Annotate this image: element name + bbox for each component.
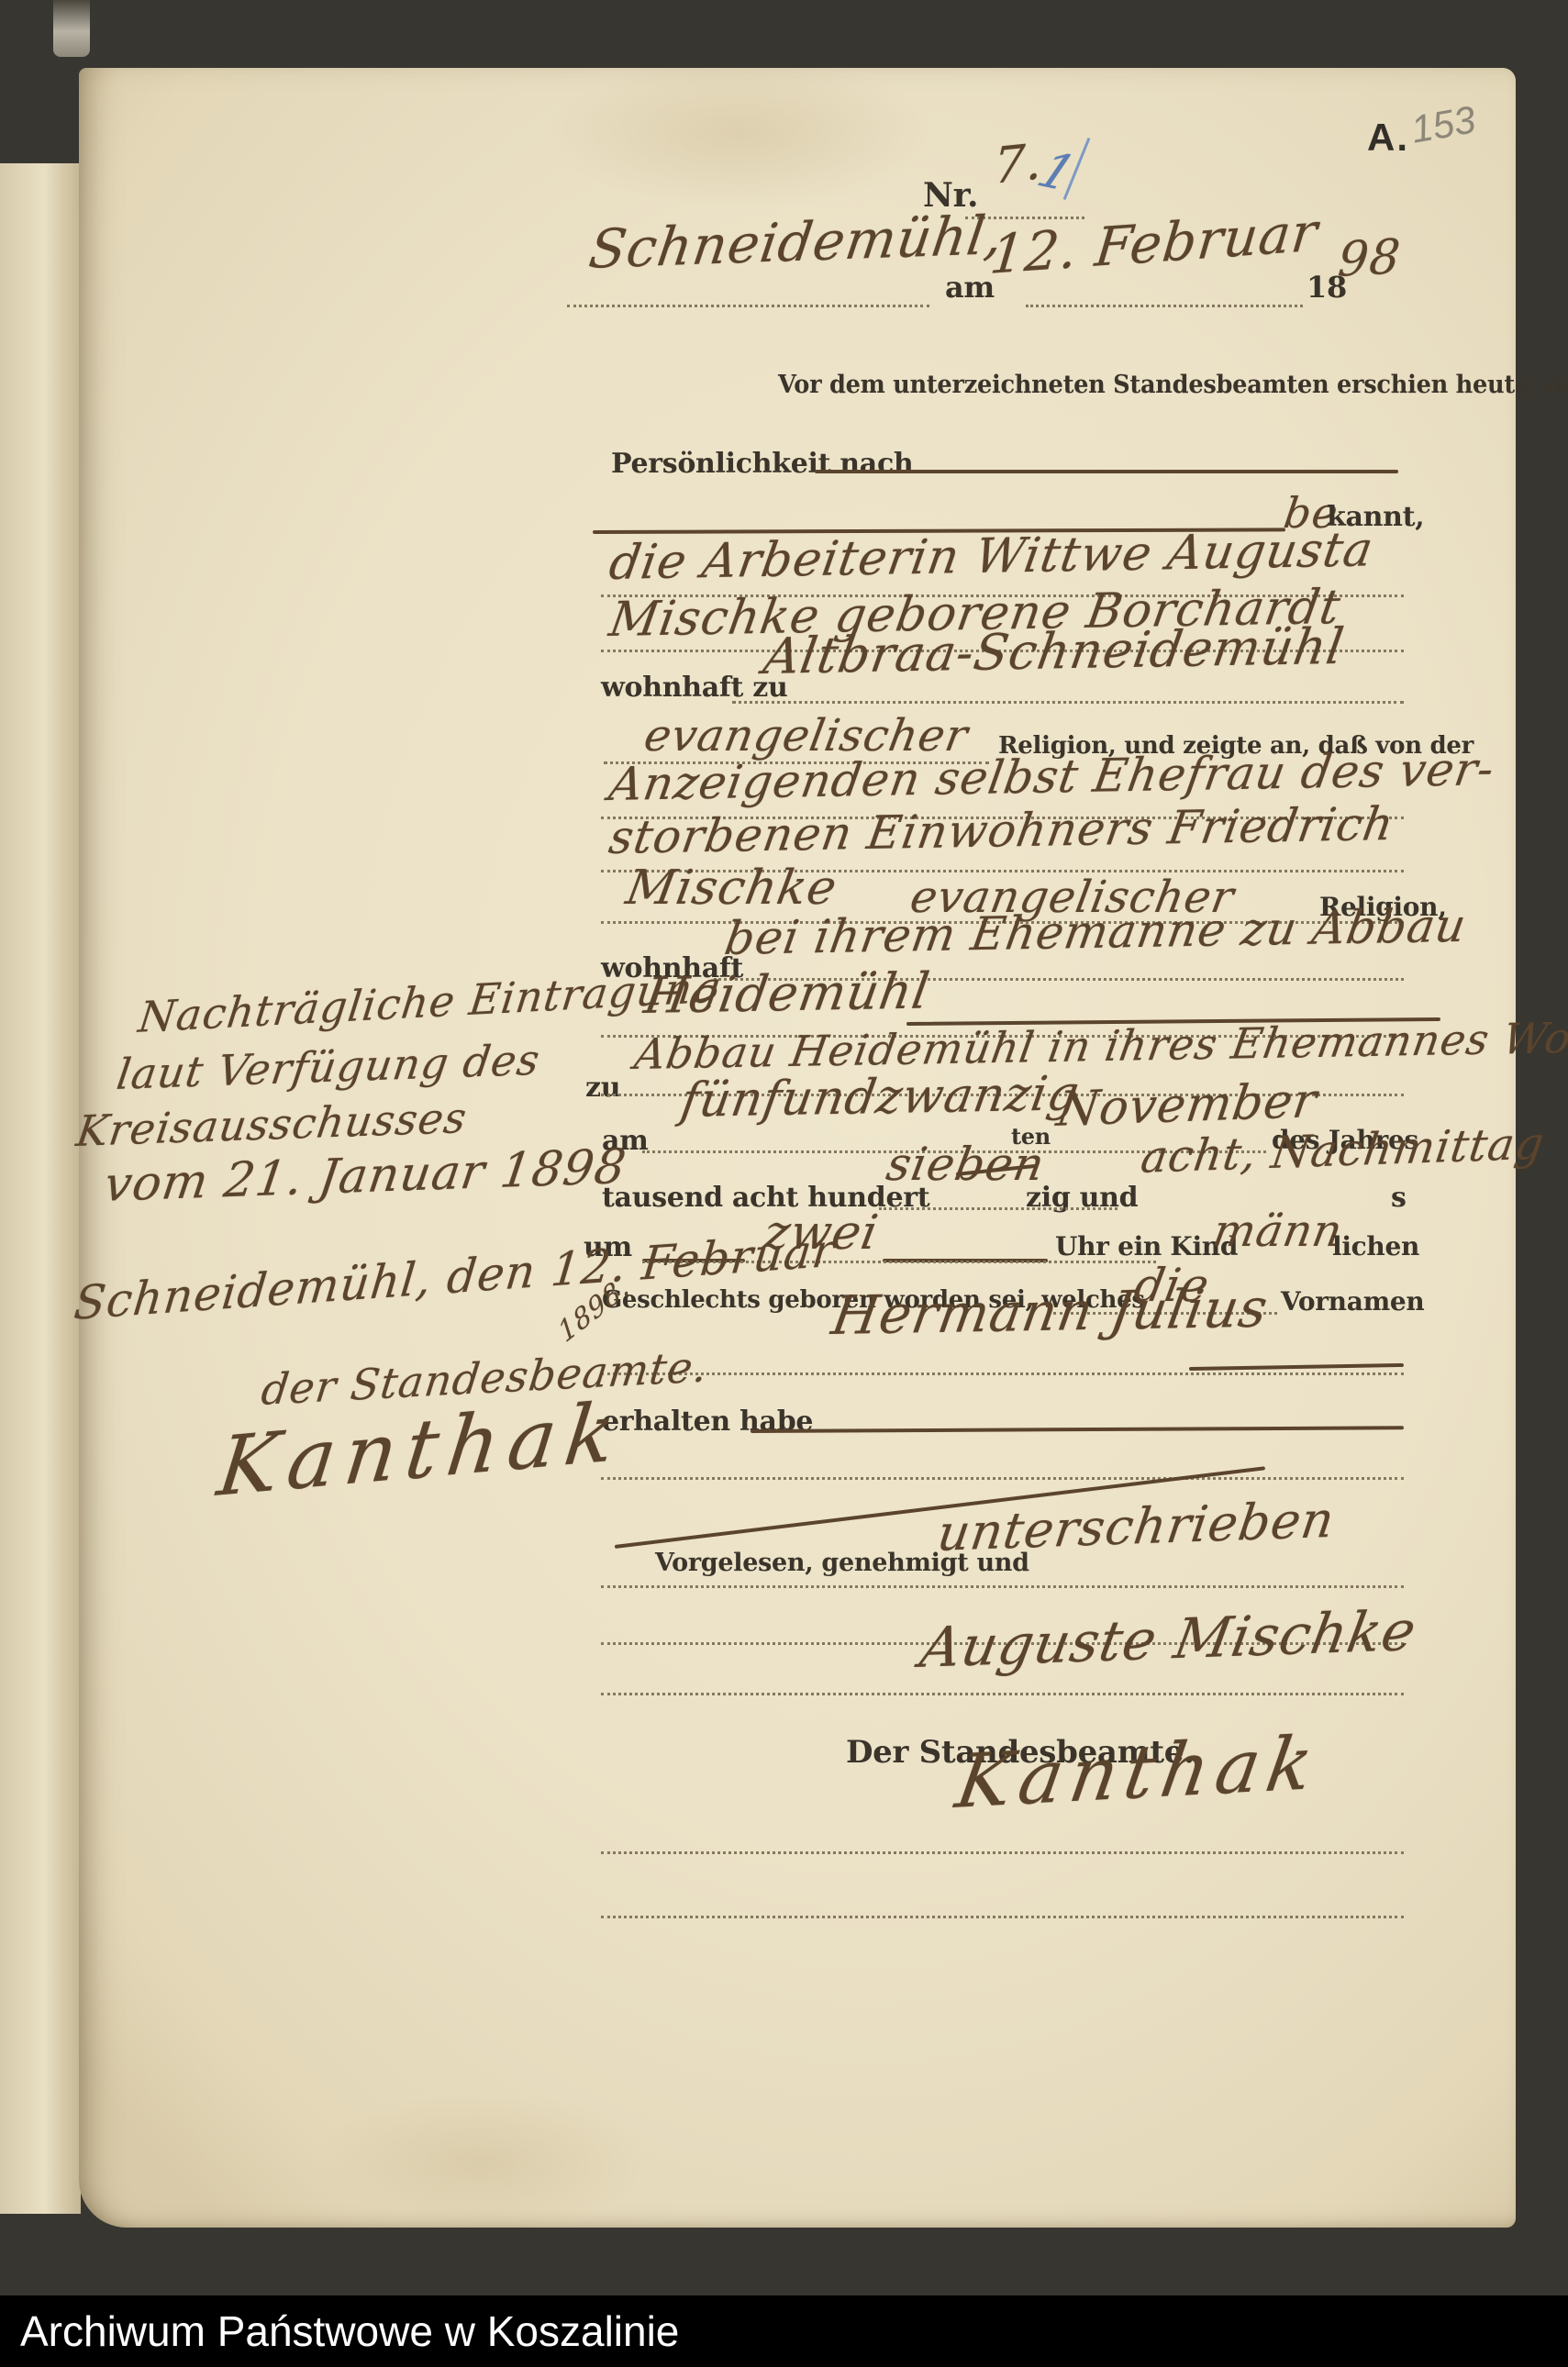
book-gutter-page-edge	[0, 163, 81, 2214]
year-suffix-hand: 98	[1336, 229, 1403, 288]
dotted-rule	[601, 1585, 1404, 1588]
ink-line	[815, 470, 1398, 473]
archive-caption-bar: Archiwum Państwowe w Koszalinie	[0, 2295, 1568, 2367]
am-label: am	[945, 270, 995, 305]
residence-label-printed: wohnhaft zu	[601, 672, 787, 704]
archive-caption-label: Archiwum Państwowe w Koszalinie	[20, 2306, 679, 2356]
dotted-rule	[601, 1372, 1404, 1375]
dotted-rule	[601, 1916, 1404, 1918]
year-tens-hand: sieben	[883, 1138, 1049, 1191]
dotted-rule	[601, 1477, 1404, 1480]
dotted-rule	[601, 1693, 1404, 1695]
lichen-printed: lichen	[1332, 1231, 1419, 1261]
identity-label: Persönlichkeit nach	[611, 448, 913, 480]
dotted-rule	[601, 1851, 1404, 1854]
dotted-rule	[1026, 305, 1303, 307]
dotted-rule	[732, 701, 1404, 704]
archive-stamp-a: A.	[1367, 116, 1409, 160]
scan-canvas: A. 153 Nr. 7. 1 Schneidemühl, am 12. Feb…	[0, 0, 1568, 2367]
vornamen-printed: Vornamen	[1281, 1286, 1424, 1317]
child-name-hand: Hermann Julius	[828, 1277, 1273, 1347]
birth-day-hand: fünfundzwanzig	[677, 1066, 1084, 1128]
dotted-rule	[567, 305, 929, 307]
mother-surname-hand: Mischke	[622, 861, 841, 916]
intro-line1: Vor dem unterzeichneten Standesbeamten e…	[778, 371, 1568, 399]
binding-thread	[53, 0, 90, 57]
gender-hand: männ	[1209, 1206, 1347, 1257]
dotted-rule	[879, 1207, 1118, 1210]
residence-hand: Altbraa-Schneidemühl	[760, 617, 1348, 685]
nachmittags-s-printed: s	[1391, 1182, 1407, 1214]
zu-printed: zu	[585, 1072, 620, 1104]
